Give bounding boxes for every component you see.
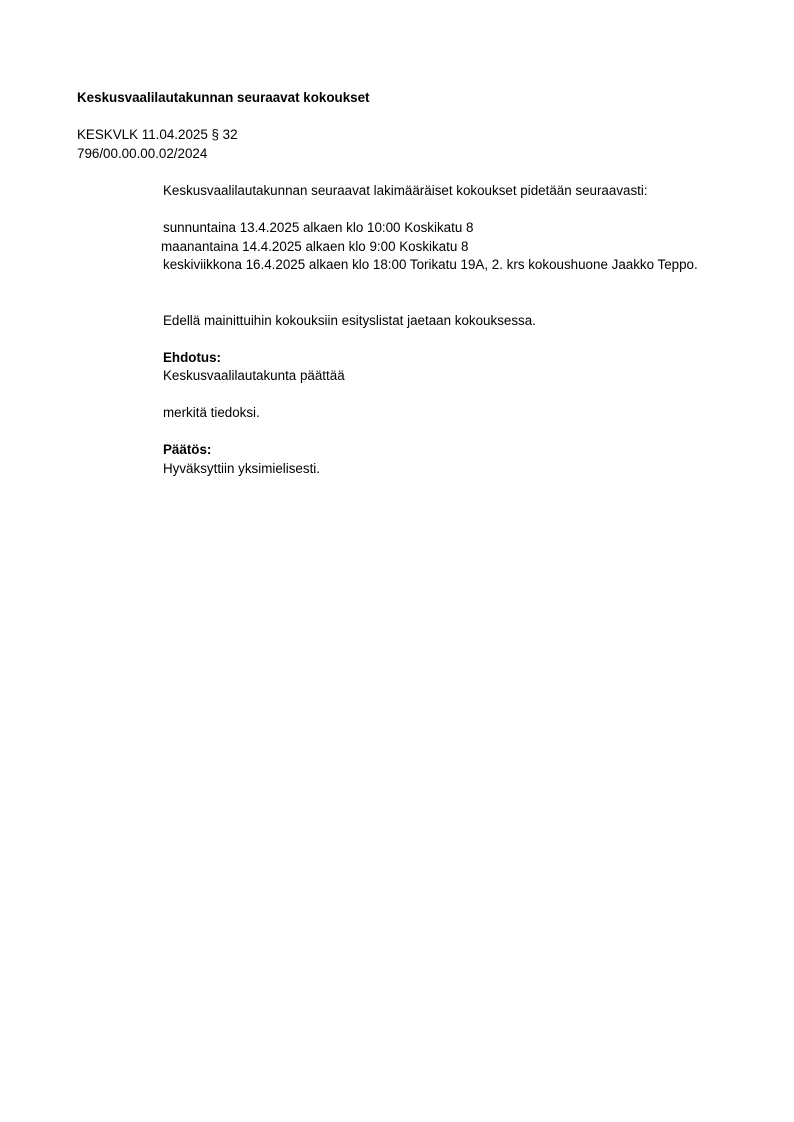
proposal-action: merkitä tiedoksi.	[163, 404, 260, 422]
meeting-item: maanantaina 14.4.2025 alkaen klo 9:00 Ko…	[161, 238, 468, 256]
document-title: Keskusvaalilautakunnan seuraavat kokouks…	[77, 89, 370, 107]
decision-text: Hyväksyttiin yksimielisesti.	[163, 460, 320, 478]
meeting-item: keskiviikkona 16.4.2025 alkaen klo 18:00…	[163, 256, 703, 275]
proposal-heading: Ehdotus:	[163, 349, 221, 367]
meeting-reference: KESKVLK 11.04.2025 § 32	[77, 126, 238, 144]
agenda-note: Edellä mainittuihin kokouksiin esityslis…	[163, 312, 536, 330]
record-id: 796/00.00.00.02/2024	[77, 145, 207, 163]
decision-heading: Päätös:	[163, 441, 211, 459]
intro-text: Keskusvaalilautakunnan seuraavat lakimää…	[163, 182, 648, 200]
meeting-item: sunnuntaina 13.4.2025 alkaen klo 10:00 K…	[163, 219, 473, 237]
proposal-text: Keskusvaalilautakunta päättää	[163, 367, 345, 385]
